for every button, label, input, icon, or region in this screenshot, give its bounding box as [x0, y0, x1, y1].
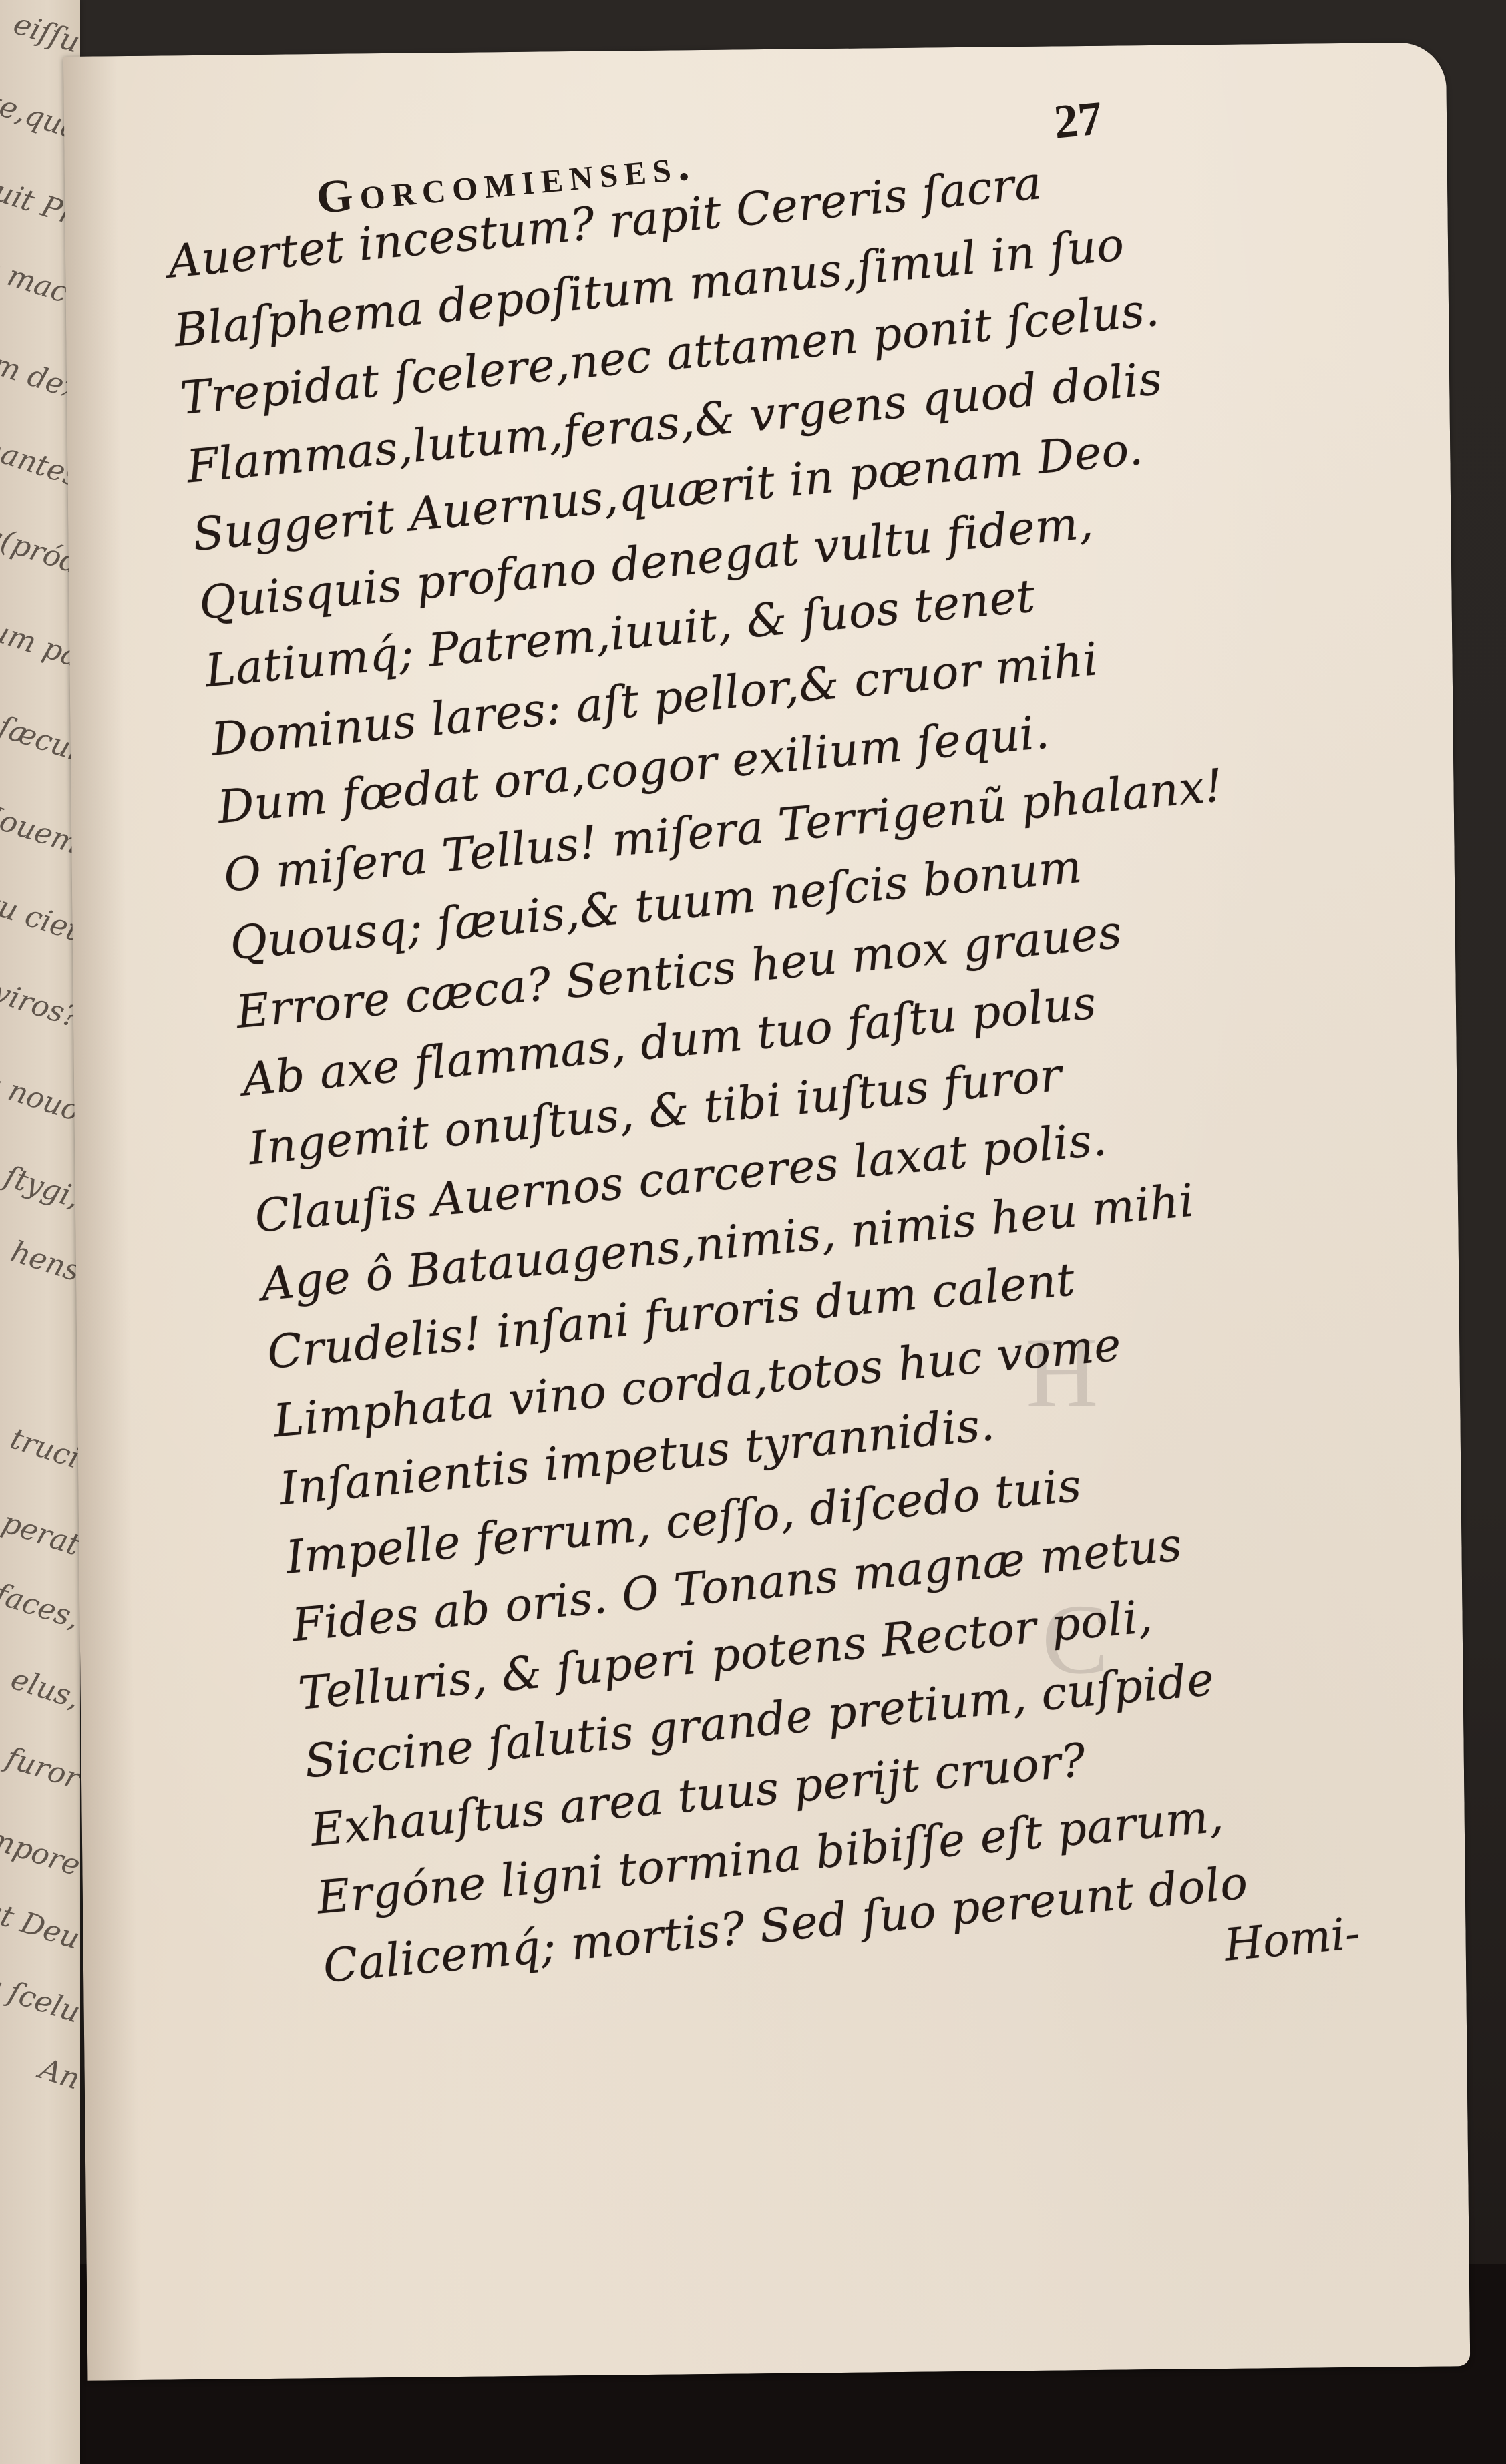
facing-page-fragment: elus, [7, 1662, 80, 1716]
book-page-27: H C Gorcomienses. 27 Auertet incestum? r… [63, 42, 1470, 2380]
facing-page-fragment: inum pa [0, 604, 80, 674]
facing-page-fragment: es Iouem [0, 787, 80, 861]
facing-page-fragment: s hoc ſcelu [0, 1948, 80, 2029]
facing-page-fragment: faces, [0, 1577, 80, 1636]
facing-page-fragment: ne ſæcul [0, 696, 80, 768]
text-block: Gorcomienses. 27 Auertet incestum? rapit… [158, 55, 1370, 2074]
facing-page-fragment: viros? [0, 975, 80, 1034]
facing-page-fragment: m ſtygi, [0, 1147, 80, 1215]
facing-page-fragment: truci [7, 1422, 80, 1476]
facing-page-fragment: perat [0, 1505, 80, 1562]
facing-page-fragment: mpore [0, 1821, 80, 1883]
page-number: 27 [1052, 90, 1105, 150]
facing-page-fragment: furor [1, 1740, 80, 1796]
facing-page-fragment: pitu ciet [0, 877, 80, 948]
book-photo: eiſſuite,quacoquit Phnos mactntum dexuma… [0, 0, 1506, 2464]
facing-page-fragment: hens [7, 1235, 80, 1289]
facing-page-fragment: s nouo [0, 1066, 80, 1128]
facing-page-fragment: eiſſu [9, 7, 80, 60]
facing-page-fragment: rnat Deu [0, 1883, 80, 1956]
verse-lines: Auertet incestum? rapit Cereris ſacra Bl… [165, 135, 1364, 2001]
facing-page-fragment: An [35, 2052, 80, 2097]
